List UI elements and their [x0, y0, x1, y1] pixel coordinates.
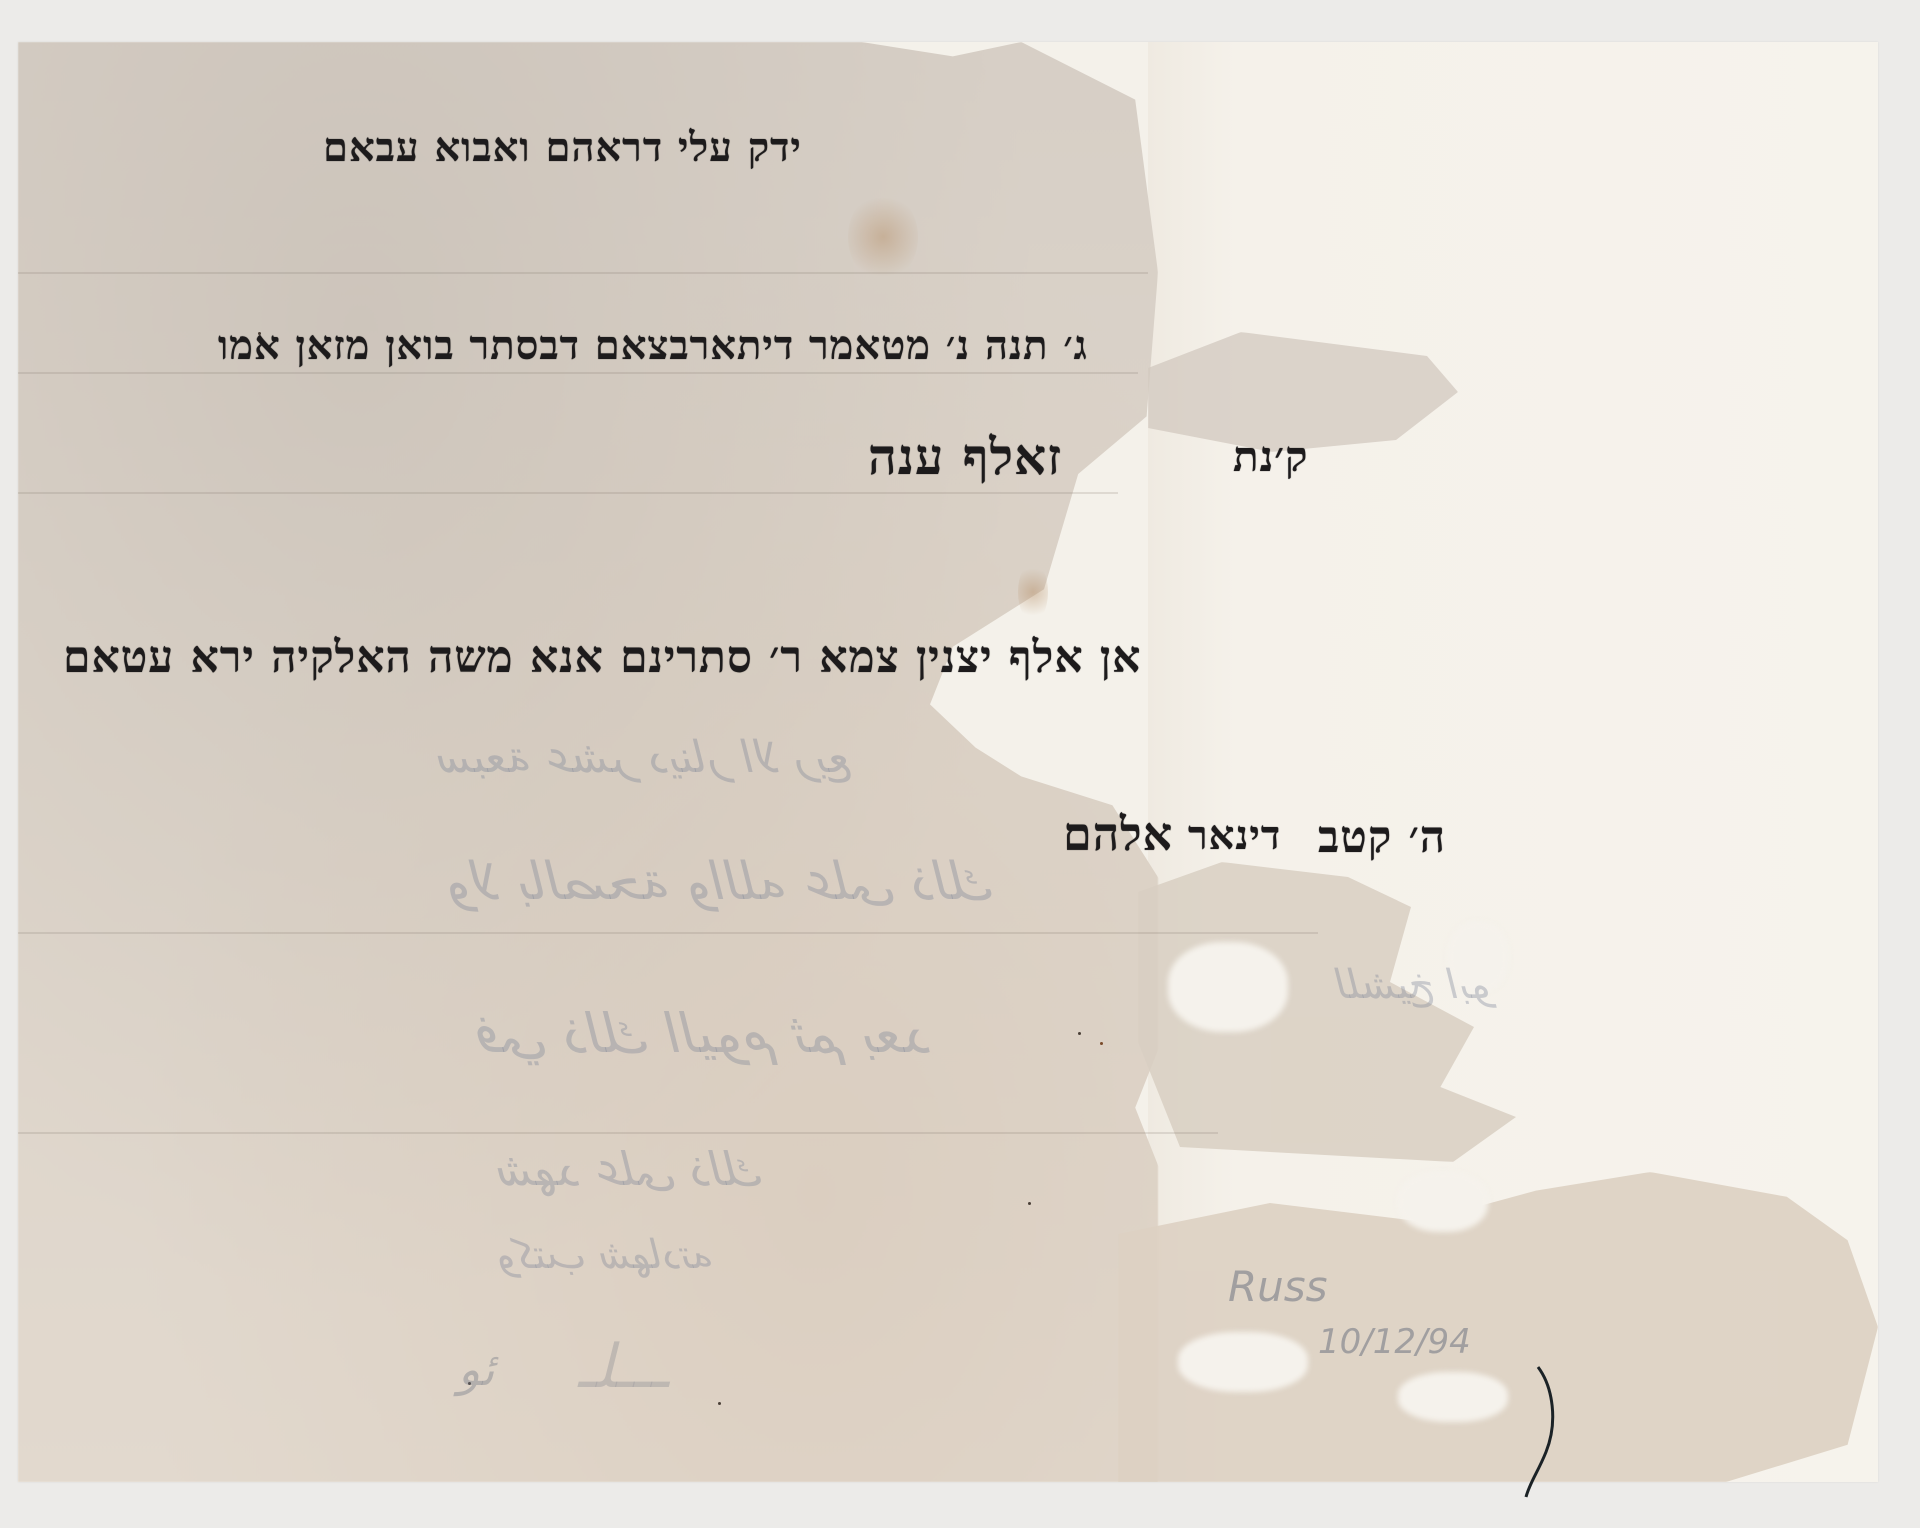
- paper-loss: [1168, 942, 1288, 1032]
- paper-loss: [1178, 1332, 1308, 1392]
- showthrough-flourish: ـــلـ: [578, 1332, 668, 1402]
- speck: [1078, 1032, 1081, 1035]
- fold-line: [18, 272, 1148, 274]
- fold-line: [18, 1132, 1218, 1134]
- fragment-piece-lower-right: [1118, 1172, 1878, 1482]
- showthrough-line: وكتب شهادته: [498, 1232, 715, 1278]
- speck: [718, 1402, 721, 1405]
- showthrough-line: سبعة عشر دينار الا ربع: [438, 732, 853, 783]
- text-line-4-word-1: אלהם: [1063, 807, 1173, 861]
- paper-loss: [1398, 1172, 1488, 1232]
- speck: [1100, 1042, 1103, 1045]
- text-line-4-word-3: ה׳ קטב: [1318, 812, 1446, 863]
- speck: [1028, 1202, 1031, 1205]
- text-line-2-margin: ק׳נת: [1233, 432, 1308, 482]
- text-line-4-word-2: דינאר: [1188, 812, 1281, 859]
- fold-line: [18, 372, 1138, 374]
- showthrough-line: للشيخ ابو: [1338, 962, 1493, 1008]
- ink-squiggle: [1518, 1362, 1578, 1502]
- mounting-sheet: سبعة عشر دينار الا ربع ولا بالصحة والله …: [18, 42, 1878, 1482]
- stain: [1018, 562, 1048, 622]
- text-line-2b: זאלף ענה: [868, 427, 1062, 486]
- pencil-note: 10/12/94: [1318, 1322, 1471, 1362]
- showthrough-line: في ذلك اليوم ثم بعد: [478, 1002, 933, 1065]
- showthrough-flourish: ئو: [458, 1342, 495, 1396]
- text-line-2: ג׳ תנה נ׳ מטאמר דיתארבצאם דבסתר בואן מזא…: [218, 322, 1088, 369]
- fold-line: [18, 492, 1118, 494]
- showthrough-line: ولا بالصحة والله على ذلك: [448, 852, 997, 912]
- paper-loss: [1398, 1372, 1508, 1422]
- stain: [848, 192, 918, 282]
- showthrough-line: شهد على ذلك: [498, 1142, 765, 1196]
- text-line-3: אן אלף יצנין צמא ר׳ סתרינם אנא משה האלקי…: [63, 632, 1141, 683]
- fold-line: [18, 932, 1318, 934]
- text-line-1: ידק עלי דראהם ואבוא עבאם: [323, 124, 802, 171]
- pencil-note: Russ: [1228, 1262, 1328, 1311]
